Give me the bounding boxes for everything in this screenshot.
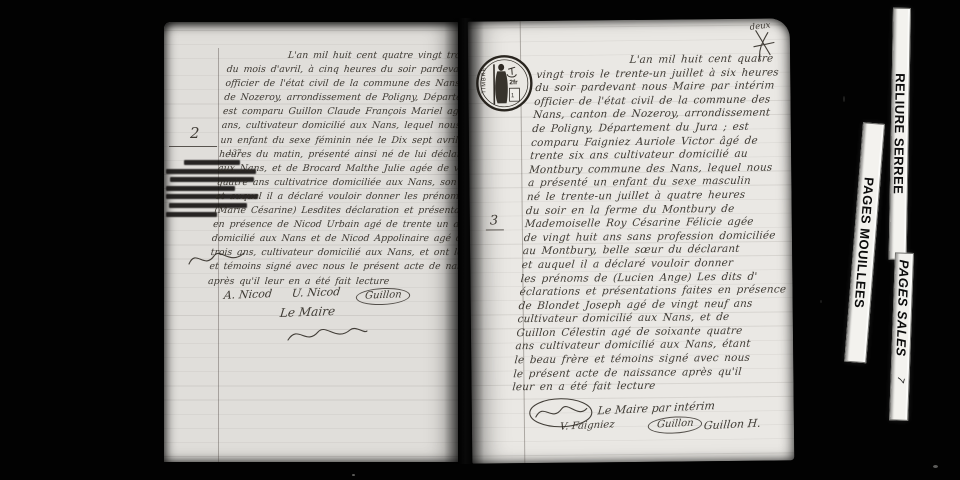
- manuscript-line: domicilié aux Nans et de Nicod Appolinai…: [211, 232, 452, 246]
- manuscript-line: et témoins signé avec nous le présent ac…: [209, 260, 450, 274]
- label-strip-pages-mouillees: PAGES MOUILLEES: [844, 122, 885, 363]
- dust-speck: [352, 474, 355, 476]
- signature-father: Guillon: [355, 287, 412, 306]
- mayor-paraph-flourish: [284, 322, 370, 348]
- act-number-right: 3: [490, 213, 498, 228]
- label-reliure-text: RELIURE SERREE: [891, 73, 908, 194]
- manuscript-line: du mois d'avril, à cinq heures du soir p…: [226, 63, 458, 77]
- act-number-underline-right: [486, 229, 504, 230]
- manuscript-line: en présence de Nicod Urbain agé de trent…: [212, 218, 453, 232]
- signature-declarant: V. Faigniez: [559, 419, 615, 432]
- signature-witness1-right: Guillon: [647, 415, 703, 434]
- manuscript-line: trois ans, cultivateur domicilié aux Nan…: [210, 246, 451, 260]
- signature-witness2: U. Nicod: [291, 285, 341, 300]
- manuscript-line: est comparu Guillon Claude François Mari…: [222, 105, 458, 119]
- signature-witness2-right: Guillon H.: [703, 417, 761, 433]
- manuscript-line: ans, cultivateur domicilié aux Nans, leq…: [221, 119, 458, 133]
- manuscript-line: officier de l'état civil de la commune d…: [225, 77, 458, 91]
- label-mouillees-text: PAGES MOUILLEES: [852, 177, 877, 309]
- book-gutter-shadow: [444, 18, 484, 464]
- right-page: deux 1 2fr TIMBRE 3 L'an mil huit cent q…: [468, 18, 795, 463]
- act-number-left: 2: [190, 124, 200, 142]
- manuscript-line: aux Nans, et de Brocard Malthe Julie agé…: [217, 162, 458, 176]
- manuscript-line: L'an mil huit cent quatre vingt trois le…: [227, 49, 458, 63]
- manuscript-line: (Marie Césarine) Lesdites déclaration et…: [214, 204, 455, 218]
- manuscript-line: un enfant du sexe féminin née le Dix sep…: [220, 134, 458, 148]
- stamp-figure-body: [495, 71, 508, 103]
- dust-speck: [933, 465, 938, 468]
- label-strip-reliure-serree: RELIURE SERREE: [889, 8, 911, 260]
- dust-speck: [820, 300, 822, 303]
- dust-speck: [843, 96, 845, 102]
- label-strip-pages-sales: PAGES SALES 7: [889, 252, 914, 421]
- stamp-denomination: 2fr: [509, 79, 518, 86]
- manuscript-line: heures du matin, présenté ainsi né de lu…: [219, 148, 458, 162]
- manuscript-line: de Nozeroy, arrondissement de Poligny, D…: [224, 91, 458, 105]
- label-sales-text: PAGES SALES: [893, 259, 911, 356]
- manuscript-line: et auquel il a déclaré vouloir donner le…: [215, 190, 456, 204]
- left-page: 2 137 L'an mil huit cent quatre vingt tr…: [164, 22, 458, 462]
- archive-scan: 2 137 L'an mil huit cent quatre vingt tr…: [0, 0, 960, 480]
- signature-mayor-title: Le Maire: [279, 304, 336, 320]
- manuscript-right: L'an mil huit cent quatrevingt trois le …: [512, 52, 795, 395]
- manuscript-left: L'an mil huit cent quatre vingt trois le…: [208, 49, 458, 289]
- manuscript-line: quatre ans cultivatrice domiciliée aux N…: [216, 176, 457, 190]
- manuscript-line: Nans, canton de Nozeroy, arrondissement: [533, 107, 795, 123]
- label-sales-mark: 7: [894, 375, 906, 384]
- manuscript-line: leur en a été fait lecture: [512, 379, 779, 395]
- act-number-underline-left: [169, 146, 217, 147]
- signature-witness1: A. Nicod: [223, 287, 272, 302]
